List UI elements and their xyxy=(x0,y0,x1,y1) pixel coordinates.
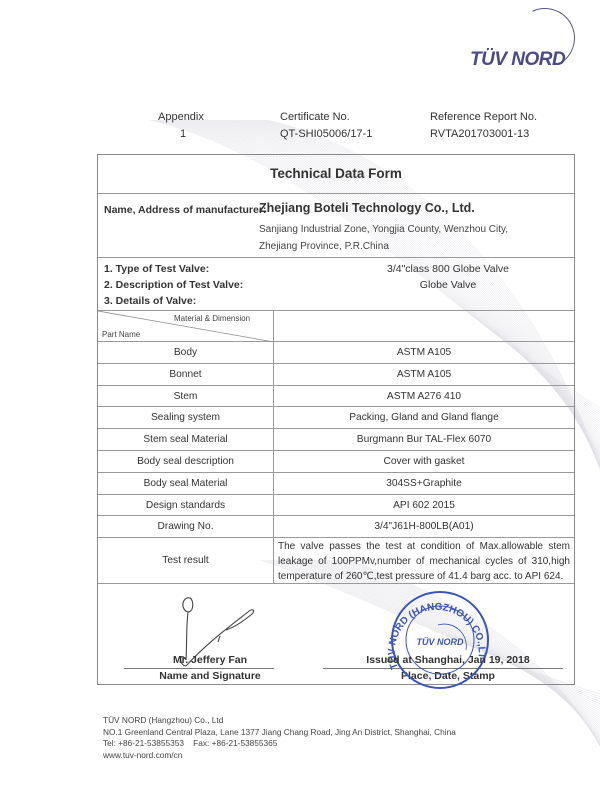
valve-type-label: 1. Type of Test Valve: xyxy=(104,263,209,275)
table-row: Body seal descriptionCover with gasket xyxy=(98,451,574,473)
manufacturer-label: Name, Address of manufacturer: xyxy=(104,204,266,216)
header-empty-cell xyxy=(274,311,574,341)
parts-table-header: Material & Dimension Part Name xyxy=(98,311,574,342)
certificate-value: QT-SHI05006/17-1 xyxy=(280,126,372,143)
material-cell: 3/4"J61H-800LB(A01) xyxy=(274,516,574,537)
header-cell: Material & Dimension Part Name xyxy=(98,311,274,341)
part-name-cell: Sealing system xyxy=(98,407,274,428)
footer-address: TÜV NORD (Hangzhou) Co., Ltd NO.1 Greenl… xyxy=(103,715,456,761)
parts-table: Material & Dimension Part Name BodyASTM … xyxy=(98,311,574,584)
svg-text:TÜV NORD: TÜV NORD xyxy=(417,637,465,647)
material-cell: ASTM A276 410 xyxy=(274,386,574,407)
form-title: Technical Data Form xyxy=(98,166,574,181)
valve-info-row: 1. Type of Test Valve: 3/4"class 800 Glo… xyxy=(98,258,574,311)
signature-line xyxy=(124,668,274,669)
company-stamp: TÜV NORD (HANGZHOU) CO.,LTD. TÜV NORD xyxy=(368,590,498,690)
test-result-label: Test result xyxy=(98,538,274,583)
address-line-1: Sanjiang Industrial Zone, Yongjia County… xyxy=(259,221,508,238)
part-name-cell: Drawing No. xyxy=(98,516,274,537)
material-cell: Cover with gasket xyxy=(274,451,574,472)
part-name-cell: Stem seal Material xyxy=(98,429,274,450)
material-cell: 304SS+Graphite xyxy=(274,473,574,494)
material-cell: API 602 2015 xyxy=(274,495,574,516)
table-row: BonnetASTM A105 xyxy=(98,364,574,386)
reference-value: RVTA201703001-13 xyxy=(430,126,537,143)
part-name-cell: Body xyxy=(98,342,274,363)
valve-type-value: 3/4"class 800 Globe Valve xyxy=(348,263,548,275)
header-material-dimension: Material & Dimension xyxy=(174,314,250,323)
test-result-value: The valve passes the test at condition o… xyxy=(274,538,574,583)
valve-description-label: 2. Description of Test Valve: xyxy=(104,279,243,291)
table-row: Stem seal MaterialBurgmann Bur TAL-Flex … xyxy=(98,429,574,451)
manufacturer-address: Sanjiang Industrial Zone, Yongjia County… xyxy=(259,221,508,255)
appendix-label: Appendix xyxy=(158,109,203,126)
material-cell: ASTM A105 xyxy=(274,342,574,363)
reference-label: Reference Report No. xyxy=(430,109,537,126)
part-name-cell: Body seal Material xyxy=(98,473,274,494)
table-row: Sealing systemPacking, Gland and Gland f… xyxy=(98,407,574,429)
table-row: Body seal Material304SS+Graphite xyxy=(98,473,574,495)
signature-caption: Name and Signature xyxy=(140,670,280,682)
part-name-cell: Stem xyxy=(98,386,274,407)
part-name-cell: Body seal description xyxy=(98,451,274,472)
material-cell: Burgmann Bur TAL-Flex 6070 xyxy=(274,429,574,450)
footer-contact: Tel: +86-21-53855353 Fax: +86-21-5385536… xyxy=(103,738,456,750)
table-row: Design standardsAPI 602 2015 xyxy=(98,495,574,517)
form-title-row: Technical Data Form xyxy=(98,155,574,194)
footer-website[interactable]: www.tuv-nord.com/cn xyxy=(103,750,456,762)
tuv-nord-logo: TÜV NORD xyxy=(470,49,565,71)
valve-details-label: 3. Details of Valve: xyxy=(104,295,196,307)
test-result-row: Test result The valve passes the test at… xyxy=(98,538,574,584)
reference-report-block: Reference Report No. RVTA201703001-13 xyxy=(430,109,537,143)
material-cell: Packing, Gland and Gland flange xyxy=(274,407,574,428)
manufacturer-name: Zhejiang Boteli Technology Co., Ltd. xyxy=(259,201,475,215)
certificate-block: Certificate No. QT-SHI05006/17-1 xyxy=(280,109,372,143)
part-name-cell: Design standards xyxy=(98,495,274,516)
table-row: Drawing No.3/4"J61H-800LB(A01) xyxy=(98,516,574,538)
part-name-cell: Bonnet xyxy=(98,364,274,385)
signature-area: Mr. Jeffery Fan Name and Signature TÜV N… xyxy=(98,590,574,685)
part-rows: BodyASTM A105BonnetASTM A105StemASTM A27… xyxy=(98,342,574,538)
table-row: BodyASTM A105 xyxy=(98,342,574,364)
footer-company: TÜV NORD (Hangzhou) Co., Ltd xyxy=(103,715,456,727)
valve-description-value: Globe Valve xyxy=(348,279,548,291)
material-cell: ASTM A105 xyxy=(274,364,574,385)
technical-data-form: Technical Data Form Name, Address of man… xyxy=(97,154,575,685)
signatory-name: Mr. Jeffery Fan xyxy=(140,654,280,666)
certificate-label: Certificate No. xyxy=(280,109,372,126)
header-part-name: Part Name xyxy=(102,330,140,339)
footer-street: NO.1 Greenland Central Plaza, Lane 1377 … xyxy=(103,727,456,739)
address-line-2: Zhejiang Province, P.R.China xyxy=(259,238,508,255)
appendix-block: Appendix 1 xyxy=(163,109,203,143)
appendix-value: 1 xyxy=(163,126,203,143)
table-row: StemASTM A276 410 xyxy=(98,386,574,408)
issued-place-date: Issued at Shanghai, Jan 19, 2018 xyxy=(343,654,553,666)
manufacturer-row: Name, Address of manufacturer: Zhejiang … xyxy=(98,194,574,258)
